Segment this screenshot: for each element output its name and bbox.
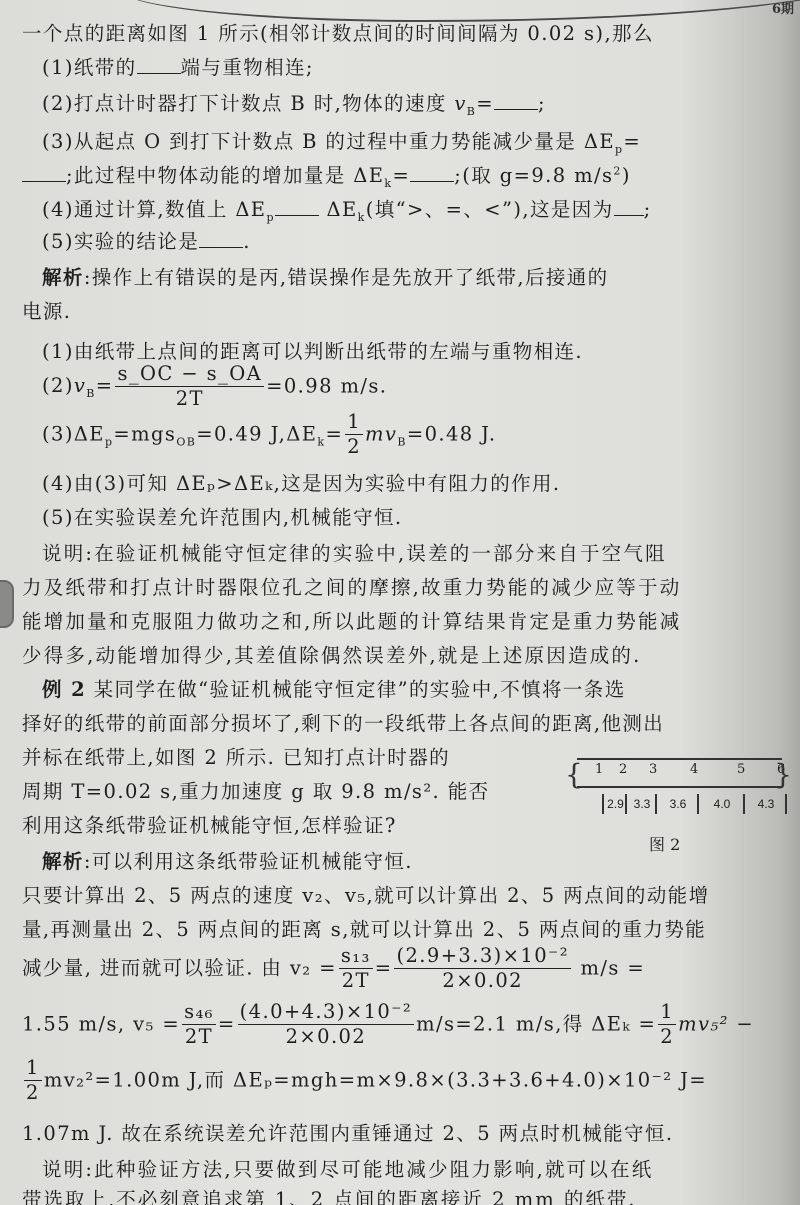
ruler-end-tick (785, 794, 787, 814)
answer-4: (4)由(3)可知 ΔEₚ>ΔEₖ,这是因为实验中有阻力的作用. (42, 468, 561, 496)
tape-point: 2 (619, 762, 627, 777)
segment-length: 4.0 (697, 794, 745, 814)
answer-blank (22, 165, 66, 182)
figure-caption: 图 2 (649, 832, 680, 855)
segment-length: 2.9 (602, 794, 627, 814)
solution-2-line3: 量,再测量出 2、5 两点间的距离 s,就可以计算出 2、5 两点间的重力势能 (22, 914, 706, 942)
solution-1-line1: 解析:操作上有错误的是丙,错误操作是先放开了纸带,后接通的 (42, 262, 609, 290)
note-1-line4: 少得多,动能增加得少,其差值除偶然误差外,就是上述原因造成的. (22, 640, 642, 668)
issue-mark: 6期 (772, 0, 794, 17)
segment-length: 3.6 (655, 794, 699, 814)
paper-tape: { 1 2 3 4 5 6 } (577, 758, 782, 788)
half-fraction: 12 (345, 410, 363, 460)
answer-2: (2)vB=s_OC − s_OA2T=0.98 m/s. (42, 362, 387, 412)
solution-1-line2: 电源. (22, 296, 71, 324)
answer-blank (199, 231, 243, 248)
solution-2-line4: 减少量, 进而就可以验证. 由 v₂ =s₁₃2T=(2.9+3.3)×10⁻²… (22, 944, 645, 994)
question-3-line1: (3)从起点 O 到打下计数点 B 的过程中重力势能减少量是 ΔEp= (42, 126, 641, 156)
torn-edge-right: } (774, 760, 792, 790)
question-5: (5)实验的结论是. (42, 226, 251, 254)
note-1-line3: 能增加量和克服阻力做功之和,所以此题的计算结果肯定是重力势能减 (22, 606, 681, 634)
note-1-line1: 说明:在验证机械能守恒定律的实验中,误差的一部分来自于空气阻 (42, 538, 667, 566)
example-2-line4: 周期 T=0.02 s,重力加速度 g 取 9.8 m/s². 能否 (22, 776, 490, 804)
solution-2-line5: 1.55 m/s, v₅ =s₄₆2T=(4.0+4.3)×10⁻²2×0.02… (22, 1000, 754, 1050)
tape-point: 3 (649, 762, 657, 777)
half-fraction: 12 (24, 1056, 42, 1106)
question-2: (2)打点计时器打下计数点 B 时,物体的速度 vB=; (42, 88, 546, 118)
fraction: (4.0+4.3)×10⁻²2×0.02 (238, 1000, 414, 1050)
example-2-line2: 择好的纸带的前面部分损坏了,剩下的一段纸带上各点间的距离,他测出 (22, 708, 664, 736)
tape-point: 4 (690, 762, 698, 777)
question-3-line2: ;此过程中物体动能的增加量是 ΔEk=;(取 g=9.8 m/s2) (22, 160, 631, 190)
answer-blank (137, 57, 181, 74)
solution-2-line1: 解析:可以利用这条纸带验证机械能守恒. (42, 846, 413, 874)
fraction: s₁₃2T (339, 944, 373, 994)
solution-2-line6: 12mv₂²=1.00m J,而 ΔEₚ=mgh=m×9.8×(3.3+3.6+… (22, 1056, 707, 1106)
note-2-line1: 说明:此种验证方法,只要做到尽可能地减少阻力影响,就可以在纸 (42, 1154, 653, 1182)
note-2-line2: 带选取上,不必刻意追求第 1、2 点间的距离接近 2 mm 的纸带. (22, 1184, 637, 1205)
example-2-line5: 利用这条纸带验证机械能守恒,怎样验证? (22, 810, 397, 838)
tape-point: 1 (595, 762, 603, 777)
answer-blank (275, 199, 319, 216)
problem-intro: 一个点的距离如图 1 所示(相邻计数点间的时间间隔为 0.02 s),那么 (22, 18, 654, 46)
solution-label: 解析 (42, 266, 84, 289)
solution-2-line2: 只要计算出 2、5 两点的速度 v₂、v₅,就可以计算出 2、5 两点间的动能增 (22, 880, 709, 908)
solution-2-line7: 1.07m J. 故在系统误差允许范围内重锤通过 2、5 两点时机械能守恒. (22, 1118, 673, 1146)
fraction: (2.9+3.3)×10⁻²2×0.02 (394, 944, 570, 994)
half-fraction: 12 (658, 1000, 676, 1050)
answer-3: (3)ΔEp=mgsOB=0.49 J,ΔEk=12mvB=0.48 J. (42, 410, 497, 460)
example-label: 例 2 (42, 678, 86, 701)
answer-blank (410, 165, 454, 182)
question-4: (4)通过计算,数值上 ΔEp ΔEk(填“>、=、<”),这是因为; (42, 194, 652, 224)
answer-1: (1)由纸带上点间的距离可以判断出纸带的左端与重物相连. (42, 336, 583, 364)
figure-2-paper-tape: { 1 2 3 4 5 6 } 2.9 3.3 3.6 4.0 4.3 图 2 (565, 750, 795, 850)
fraction: s₄₆2T (182, 1000, 216, 1050)
answer-5: (5)在实验误差允许范围内,机械能守恒. (42, 502, 403, 530)
segment-length: 3.3 (625, 794, 657, 814)
segment-length: 4.3 (743, 794, 787, 814)
velocity-fraction: s_OC − s_OA2T (115, 362, 264, 412)
example-2-line1: 例 2 某同学在做“验证机械能守恒定律”的实验中,不慎将一条选 (42, 674, 626, 702)
binder-tab (0, 580, 14, 628)
question-1: (1)纸带的端与重物相连; (42, 52, 314, 80)
scanned-textbook-page: 6期 一个点的距离如图 1 所示(相邻计数点间的时间间隔为 0.02 s),那么… (0, 0, 800, 1205)
tape-point: 5 (737, 762, 745, 777)
solution-label: 解析 (42, 850, 84, 873)
answer-blank (494, 93, 538, 110)
note-1-line2: 力及纸带和打点计时器限位孔之间的摩擦,故重力势能的减少应等于动 (22, 572, 681, 600)
answer-blank (614, 199, 644, 216)
example-2-line3: 并标在纸带上,如图 2 所示. 已知打点计时器的 (22, 742, 450, 770)
torn-edge-left: { (565, 760, 583, 790)
